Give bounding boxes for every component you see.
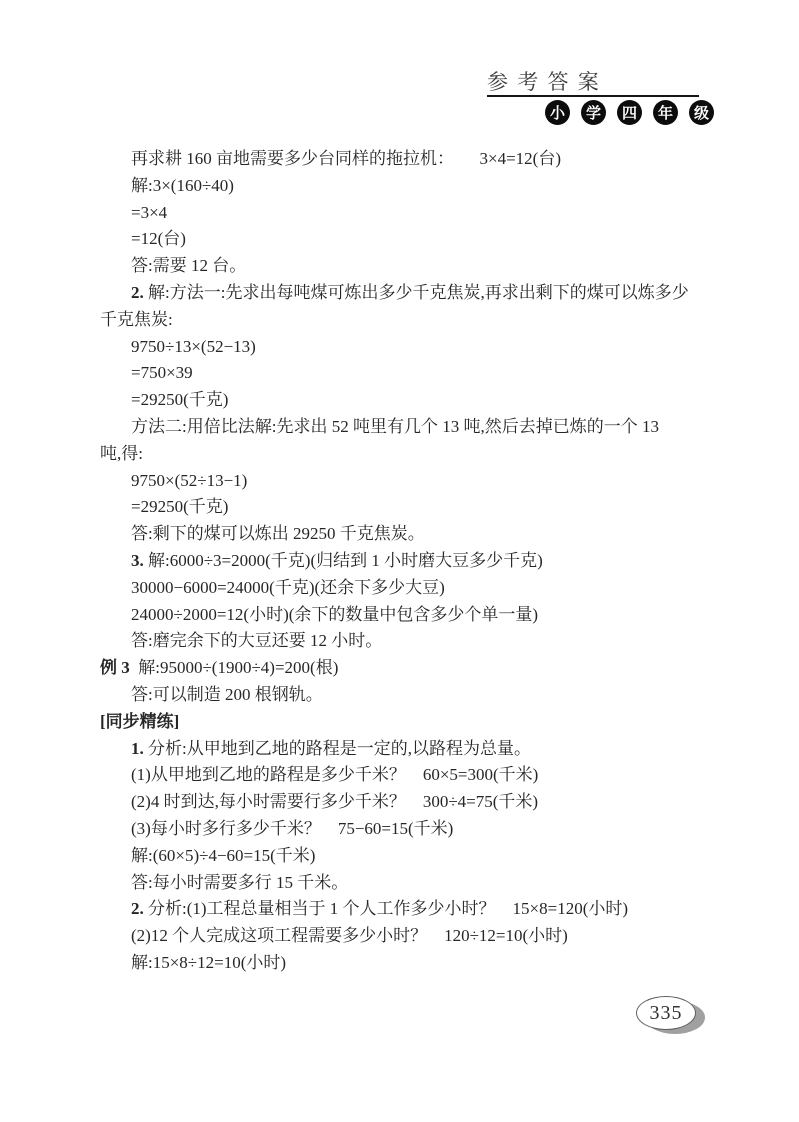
text-line: =3×4 [100, 200, 740, 227]
text-segment: 答:磨完余下的大豆还要 12 小时。 [131, 631, 382, 650]
text-segment-bold: 2. [131, 899, 148, 918]
text-line: 再求耕 160 亩地需要多少台同样的拖拉机： 3×4=12(台) [100, 146, 740, 173]
text-segment: 答:需要 12 台。 [131, 256, 246, 275]
page-number-oval: 335 [636, 996, 696, 1030]
text-segment: (2)12 个人完成这项工程需要多少小时？ 120÷12=10(小时) [131, 926, 568, 945]
text-segment: =12(台) [131, 229, 186, 248]
text-line: =750×39 [100, 360, 740, 387]
text-line: (2)4 时到达,每小时需要行多少千米？ 300÷4=75(千米) [100, 789, 740, 816]
page-header-title: 参 考 答 案 [487, 66, 601, 96]
text-segment: 9750×(52÷13−1) [131, 471, 247, 490]
text-line: 答:剩下的煤可以炼出 29250 千克焦炭。 [100, 521, 740, 548]
text-line: 方法二:用倍比法解:先求出 52 吨里有几个 13 吨,然后去掉已炼的一个 13 [100, 414, 740, 441]
text-line: (3)每小时多行多少千米？ 75−60=15(千米) [100, 816, 740, 843]
text-line: 千克焦炭: [100, 307, 740, 334]
text-line: (1)从甲地到乙地的路程是多少千米？ 60×5=300(千米) [100, 762, 740, 789]
text-segment: 9750÷13×(52−13) [131, 337, 256, 356]
text-line: 9750×(52÷13−1) [100, 468, 740, 495]
text-segment: 答:每小时需要多行 15 千米。 [131, 873, 348, 892]
text-segment: 解:6000÷3=2000(千克)(归结到 1 小时磨大豆多少千克) [148, 551, 543, 570]
text-segment: =750×39 [131, 363, 193, 382]
text-segment: =29250(千克) [131, 497, 228, 516]
text-line: [同步精练] [100, 709, 740, 736]
text-segment: 解:(60×5)÷4−60=15(千米) [131, 846, 315, 865]
text-line: 解:3×(160÷40) [100, 173, 740, 200]
text-segment: =29250(千克) [131, 390, 228, 409]
text-segment: 答:剩下的煤可以炼出 29250 千克焦炭。 [131, 524, 425, 543]
grade-badge-char: 四 [617, 100, 642, 125]
text-segment: 30000−6000=24000(千克)(还余下多少大豆) [131, 578, 445, 597]
text-segment: (3)每小时多行多少千米？ 75−60=15(千米) [131, 819, 453, 838]
text-line: 答:可以制造 200 根钢轨。 [100, 682, 740, 709]
text-segment: 24000÷2000=12(小时)(余下的数量中包含多少个单一量) [131, 605, 538, 624]
text-line: 吨,得: [100, 441, 740, 468]
grade-badge-char: 小 [545, 100, 570, 125]
text-segment: 吨,得: [100, 444, 143, 463]
grade-badge-char: 级 [689, 100, 714, 125]
text-line: 答:每小时需要多行 15 千米。 [100, 870, 740, 897]
text-segment: 分析:(1)工程总量相当于 1 个人工作多少小时？ 15×8=120(小时) [148, 899, 628, 918]
text-segment: 解:15×8÷12=10(小时) [131, 953, 286, 972]
text-segment: 方法二:用倍比法解:先求出 52 吨里有几个 13 吨,然后去掉已炼的一个 13 [131, 417, 659, 436]
text-segment: 再求耕 160 亩地需要多少台同样的拖拉机： 3×4=12(台) [131, 149, 561, 168]
text-line: 解:(60×5)÷4−60=15(千米) [100, 843, 740, 870]
grade-badge: 小学四年级 [545, 100, 714, 125]
text-segment: 解:95000÷(1900÷4)=200(根) [130, 658, 339, 677]
text-line: 9750÷13×(52−13) [100, 334, 740, 361]
text-line: 解:15×8÷12=10(小时) [100, 950, 740, 977]
text-line: 24000÷2000=12(小时)(余下的数量中包含多少个单一量) [100, 602, 740, 629]
text-line: 3. 解:6000÷3=2000(千克)(归结到 1 小时磨大豆多少千克) [100, 548, 740, 575]
answer-body: 再求耕 160 亩地需要多少台同样的拖拉机： 3×4=12(台)解:3×(160… [100, 146, 740, 977]
text-segment-bold: 2. [131, 283, 148, 302]
text-segment: (2)4 时到达,每小时需要行多少千米？ 300÷4=75(千米) [131, 792, 538, 811]
grade-badge-char: 年 [653, 100, 678, 125]
text-line: 答:磨完余下的大豆还要 12 小时。 [100, 628, 740, 655]
text-segment: 解:3×(160÷40) [131, 176, 234, 195]
text-line: (2)12 个人完成这项工程需要多少小时？ 120÷12=10(小时) [100, 923, 740, 950]
text-segment-bold: 例 3 [100, 658, 130, 677]
grade-badge-char: 学 [581, 100, 606, 125]
header-rule [487, 95, 699, 97]
text-segment: =3×4 [131, 203, 167, 222]
text-segment: 答:可以制造 200 根钢轨。 [131, 685, 323, 704]
text-line: 例 3 解:95000÷(1900÷4)=200(根) [100, 655, 740, 682]
text-line: 1. 分析:从甲地到乙地的路程是一定的,以路程为总量。 [100, 736, 740, 763]
text-line: 2. 解:方法一:先求出每吨煤可炼出多少千克焦炭,再求出剩下的煤可以炼多少 [100, 280, 740, 307]
text-segment: 解:方法一:先求出每吨煤可炼出多少千克焦炭,再求出剩下的煤可以炼多少 [148, 283, 689, 302]
text-line: 30000−6000=24000(千克)(还余下多少大豆) [100, 575, 740, 602]
text-segment-bold: 3. [131, 551, 148, 570]
text-line: 2. 分析:(1)工程总量相当于 1 个人工作多少小时？ 15×8=120(小时… [100, 896, 740, 923]
text-line: =12(台) [100, 226, 740, 253]
text-segment-bold: [同步精练] [100, 712, 179, 731]
text-line: 答:需要 12 台。 [100, 253, 740, 280]
text-segment: 千克焦炭: [100, 310, 173, 329]
text-segment: 分析:从甲地到乙地的路程是一定的,以路程为总量。 [148, 739, 531, 758]
text-segment-bold: 1. [131, 739, 148, 758]
textbook-page: 参 考 答 案 小学四年级 再求耕 160 亩地需要多少台同样的拖拉机： 3×4… [0, 0, 799, 1122]
text-line: =29250(千克) [100, 387, 740, 414]
text-line: =29250(千克) [100, 494, 740, 521]
page-number: 335 [650, 1002, 683, 1025]
text-segment: (1)从甲地到乙地的路程是多少千米？ 60×5=300(千米) [131, 765, 538, 784]
